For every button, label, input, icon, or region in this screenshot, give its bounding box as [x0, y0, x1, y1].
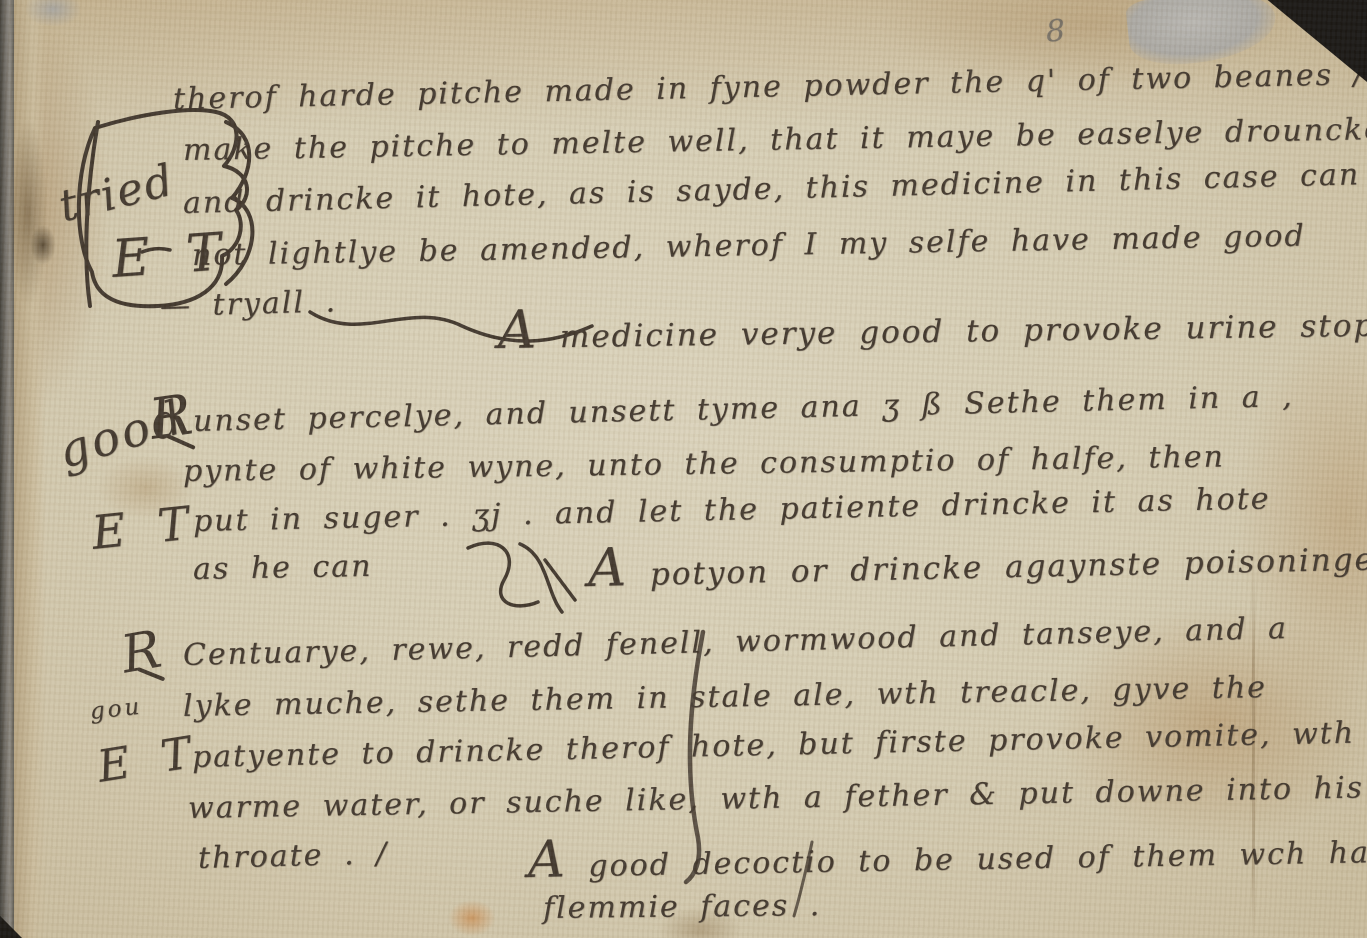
recipe3-line-2: lyke muche, sethe them in stale ale, wth… — [183, 670, 1267, 724]
recipe1-line-5: — tryall . — [160, 284, 338, 324]
folio-number: 8 — [1045, 13, 1066, 49]
recipe4-heading-line-2: flemmie faces . — [543, 888, 822, 926]
dose-flourish-2 — [520, 544, 575, 612]
recipe3-line-5: throate . / — [198, 836, 389, 876]
recipe2-line-1: unset percelye, and unsett tyme ana ʒ ß … — [193, 379, 1294, 439]
recipe1-line-3: and drincke it hote, as is sayde, this m… — [183, 157, 1361, 221]
margin-note-tried: tried — [54, 154, 180, 232]
margin-note-et-3: E T — [94, 726, 203, 792]
dose-flourish-1 — [468, 543, 538, 606]
recipe2-line-2: pynte of white wyne, unto the consumptio… — [183, 439, 1225, 489]
recipe3-line-1: Centuarye, rewe, redd fenell, wormwood a… — [183, 611, 1289, 673]
repair-tape-patch-small — [26, 0, 80, 26]
recipe2-line-4: as he can — [193, 549, 373, 587]
recipe4-heading-line-1: A good decoctio to be used of them wch h… — [528, 833, 1367, 885]
recipe1-line-1: therof harde pitche made in fyne powder … — [173, 55, 1367, 117]
rx-letter: R — [145, 382, 196, 452]
recipe3-line-3: patyente to drincke therof hote, but fir… — [192, 716, 1356, 775]
rx-symbol-icon: R — [117, 620, 166, 686]
rx-symbol-icon: R — [145, 382, 196, 452]
edge-ink-blot — [30, 225, 56, 265]
recipe2-line-3: put in suger . ʒj . and let the patiente… — [193, 481, 1271, 539]
margin-note-gou: gou — [89, 694, 144, 725]
recipe3-heading: A potyon or drincke agaynste poisoninge — [588, 542, 1367, 594]
recipe1-line-4: not lightlye be amended, wherof I my sel… — [192, 219, 1306, 273]
recipe1-line-2: make the pitche to melte well, that it m… — [183, 112, 1367, 168]
edge-stain — [8, 118, 48, 308]
binding-strip — [0, 0, 14, 938]
recipe2-heading: A medicine verye good to provoke urine s… — [498, 307, 1367, 356]
recipe3-line-4: warme water, or suche like, wth a fether… — [188, 770, 1365, 826]
margin-note-et-2: E T — [89, 495, 200, 560]
manuscript-page: 8 tried E T good R E T R gou E T therof … — [0, 0, 1367, 938]
